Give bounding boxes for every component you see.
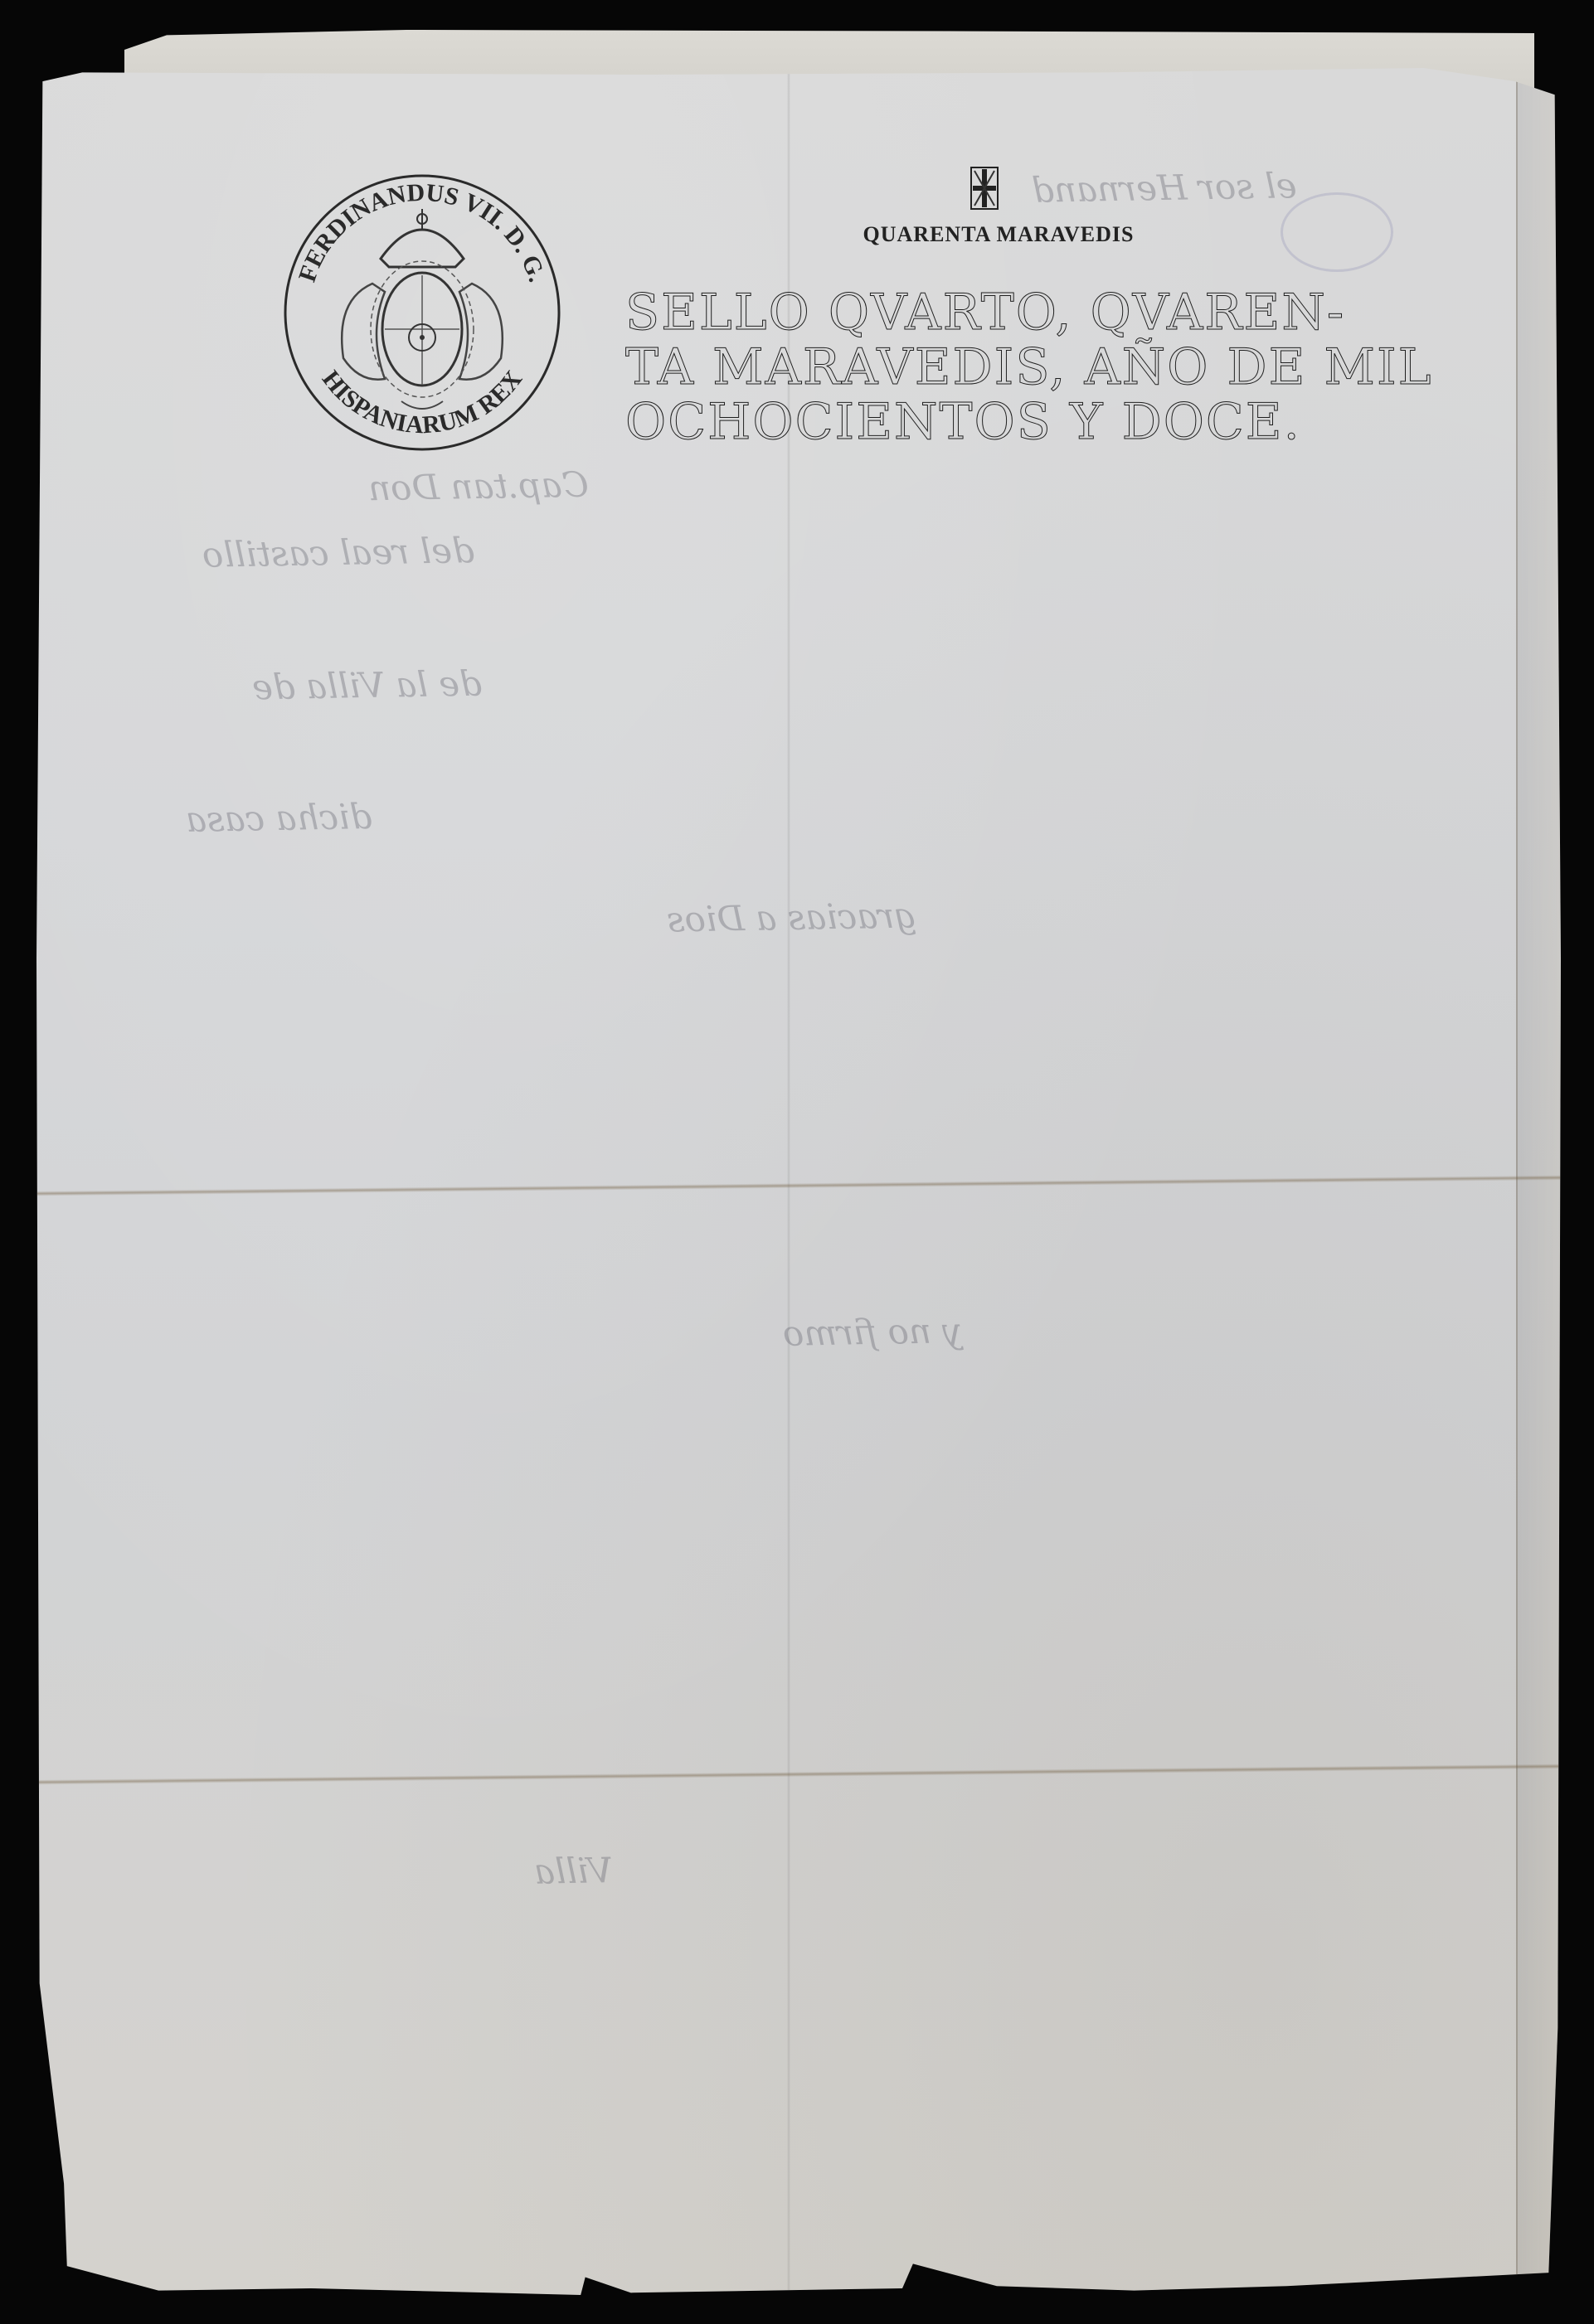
stamp-value-text: QUARENTA MARAVEDIS	[824, 222, 1173, 247]
header-line-3: OCHOCIENTOS Y DOCE.	[625, 395, 1372, 449]
handwriting-bleed-line: Villa	[534, 1850, 614, 1892]
horizontal-fold-crease	[36, 1175, 1561, 1196]
cross-mark-icon	[970, 166, 999, 214]
header-line-2: TA MARAVEDIS, AÑO DE MIL	[625, 340, 1372, 395]
coat-of-arms-icon: FERDINANDUS VII. D. G. HISPANIARUM REX	[277, 167, 567, 458]
page-margin-fold	[1516, 68, 1561, 2295]
svg-text:FERDINANDUS VII. D. G.: FERDINANDUS VII. D. G.	[294, 179, 552, 285]
horizontal-fold-crease	[36, 1764, 1561, 1784]
handwriting-bleed-line: el sor Hernand	[1032, 165, 1297, 211]
handwriting-bleed-line: y no firmo	[783, 1310, 963, 1354]
handwriting-bleed-line: Cap.tan Don	[368, 464, 590, 509]
handwriting-bleed-line: dicha casa	[186, 796, 372, 840]
stamp-header: SELLO QVARTO, QVAREN- TA MARAVEDIS, AÑO …	[625, 285, 1372, 449]
handwriting-bleed-line: del real castillo	[202, 530, 475, 575]
royal-seal-emblem: FERDINANDUS VII. D. G. HISPANIARUM REX	[277, 167, 567, 458]
header-line-1: SELLO QVARTO, QVAREN-	[625, 285, 1372, 340]
handwriting-bleed-line: gracias a Dios	[667, 895, 917, 939]
document-page: FERDINANDUS VII. D. G. HISPANIARUM REX	[36, 68, 1561, 2295]
faint-ink-stamp	[1281, 192, 1393, 272]
handwriting-bleed-line: de la Villa de	[252, 663, 483, 708]
seal-legend-top: FERDINANDUS VII. D. G.	[294, 179, 552, 285]
